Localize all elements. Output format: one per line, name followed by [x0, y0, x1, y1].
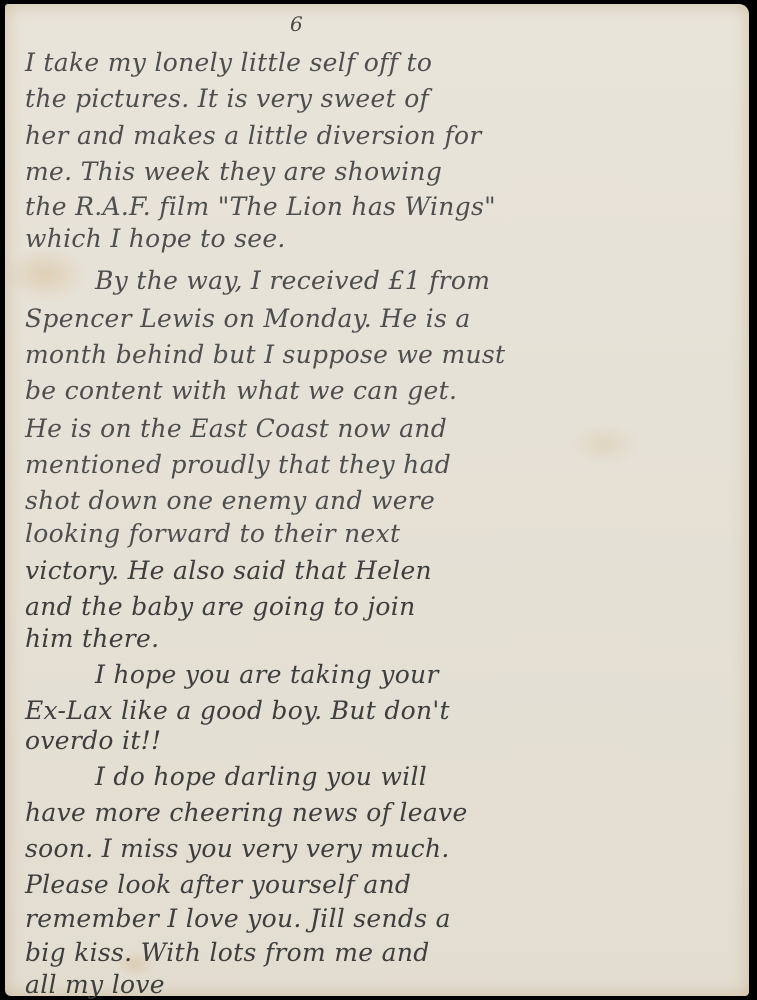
letter-line: Spencer Lewis on Monday. He is a [25, 304, 471, 333]
letter-line: He is on the East Coast now and [25, 414, 447, 443]
letter-line: overdo it!! [25, 726, 161, 755]
letter-line: him there. [25, 624, 159, 653]
letter-line: looking forward to their next [25, 519, 400, 548]
letter-line: month behind but I suppose we must [25, 340, 505, 369]
letter-line: By the way, I received £1 from [95, 266, 490, 295]
letter-line: all my love [25, 970, 165, 999]
letter-page: 6 I take my lonely little self off to th… [5, 4, 749, 996]
letter-line: shot down one enemy and were [25, 486, 435, 515]
letter-line: soon. I miss you very very much. [25, 834, 450, 863]
letter-line: which I hope to see. [25, 224, 286, 253]
letter-line: the pictures. It is very sweet of [25, 84, 429, 113]
page-number: 6 [290, 12, 303, 36]
letter-line: have more cheering news of leave [25, 798, 468, 827]
letter-line: Ex-Lax like a good boy. But don't [25, 696, 450, 725]
letter-line: I hope you are taking your [95, 660, 439, 689]
letter-line: and the baby are going to join [25, 592, 415, 621]
letter-line: the R.A.F. film "The Lion has Wings" [25, 192, 496, 221]
letter-line: be content with what we can get. [25, 376, 457, 405]
letter-line: remember I love you. Jill sends a [25, 904, 451, 933]
letter-line: I take my lonely little self off to [25, 48, 432, 77]
letter-line: me. This week they are showing [25, 157, 442, 186]
letter-line: mentioned proudly that they had [25, 450, 451, 479]
letter-line: big kiss. With lots from me and [25, 938, 430, 967]
letter-line: victory. He also said that Helen [25, 556, 432, 585]
letter-line: Please look after yourself and [25, 870, 411, 899]
letter-line: I do hope darling you will [95, 762, 427, 791]
letter-line: her and makes a little diversion for [25, 121, 482, 150]
